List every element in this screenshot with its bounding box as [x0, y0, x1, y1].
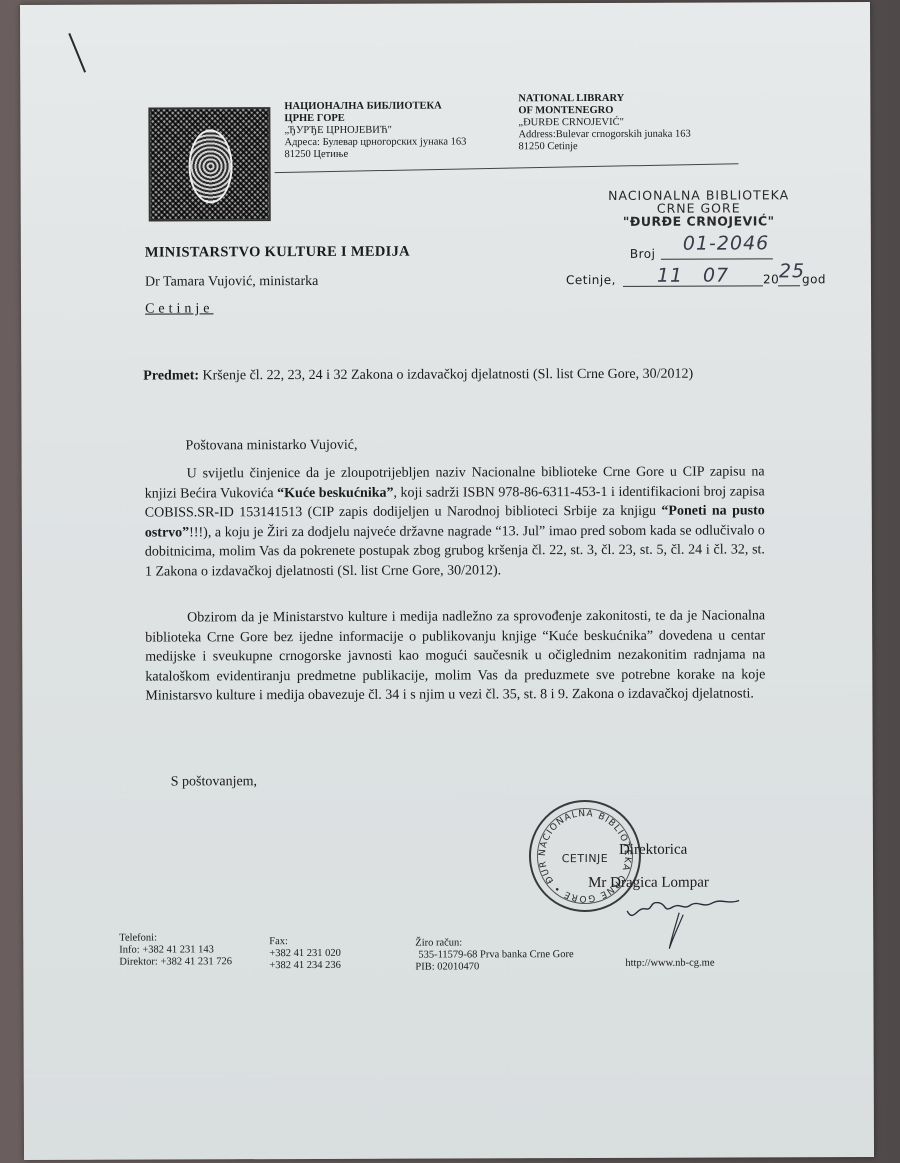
signatory-title: Direktorica	[619, 842, 687, 859]
body-paragraph-2: Obzirom da je Ministarstvo kulture i med…	[145, 606, 765, 706]
addressee-person: Dr Tamara Vujović, ministarka	[145, 274, 410, 291]
registry-line3: "ĐURĐE CRNOJEVIĆ"	[559, 214, 839, 228]
registry-broj-line	[661, 258, 773, 259]
library-emblem-icon	[148, 107, 270, 221]
footer-fax-1: +382 41 231 020	[269, 948, 341, 960]
p1-text-c: !!!), a koju je Žiri za dodjelu najveće …	[145, 523, 765, 579]
letterhead-cyr-city: 81250 Цетиње	[285, 148, 467, 161]
footer-phones-label: Telefoni:	[119, 932, 232, 944]
letterhead-cyrillic: НАЦИОНАЛНА БИБЛИОТЕКА ЦРНЕ ГОРЕ „ЂУРЂЕ Ц…	[284, 100, 466, 161]
letterhead-lat-city: 81250 Cetinje	[518, 141, 690, 154]
letterhead-lat-address: Address:Bulevar crnogorskih junaka 163	[518, 129, 690, 142]
registry-year-line	[778, 285, 800, 286]
registry-broj-value: 01-2046	[683, 232, 769, 254]
footer-fax: Fax: +382 41 231 020 +382 41 234 236	[269, 936, 341, 972]
letterhead-cyr-line2: ЦРНЕ ГОРЕ	[284, 112, 466, 125]
letterhead-lat-line3: „ĐURĐE CRNOJEVIĆ"	[518, 117, 690, 130]
body-paragraph-1: U svijetlu činjenice da je zloupotrijebl…	[145, 462, 765, 582]
registry-day: 11	[657, 265, 683, 287]
registry-stamp: NACIONALNA BIBLIOTEKA CRNE GORE "ĐURĐE C…	[559, 188, 839, 228]
registry-date-line	[623, 285, 763, 286]
letterhead-rule	[275, 163, 739, 173]
footer-website: http://www.nb-cg.me	[625, 958, 714, 970]
closing: S poštovanjem,	[171, 774, 257, 790]
letterhead-lat-line2: OF MONTENEGRO	[518, 105, 690, 118]
registry-place-label: Cetinje,	[566, 273, 616, 287]
registry-month: 07	[703, 265, 729, 287]
footer-phones: Telefoni: Info: +382 41 231 143 Direktor…	[119, 932, 232, 968]
footer-account-number: 535-11579-68 Prva banka Crne Gore	[415, 949, 573, 962]
subject-label: Predmet:	[143, 368, 199, 383]
addressee-city: Cetinje	[145, 301, 410, 318]
footer-fax-label: Fax:	[269, 936, 341, 948]
p1-book-title-1: “Kuće beskućnika”	[277, 485, 393, 500]
footer-account-label: Žiro račun:	[415, 937, 573, 950]
letterhead-latin: NATIONAL LIBRARY OF MONTENEGRO „ĐURĐE CR…	[518, 93, 691, 154]
letterhead-cyr-address: Адреса: Булевар црногорских јунака 163	[284, 136, 466, 149]
registry-year-prefix: 20	[763, 272, 779, 286]
letterhead-cyr-line3: „ЂУРЂЕ ЦРНОЈЕВИЋ"	[284, 124, 466, 137]
letterhead-lat-line1: NATIONAL LIBRARY	[518, 93, 690, 106]
letter-page: НАЦИОНАЛНА БИБЛИОТЕКА ЦРНЕ ГОРЕ „ЂУРЂЕ Ц…	[20, 2, 874, 1160]
pen-mark	[68, 33, 86, 73]
footer-phone-info: Info: +382 41 231 143	[119, 944, 232, 956]
handwritten-signature-icon	[623, 892, 743, 952]
footer-phone-director: Direktor: +382 41 231 726	[119, 956, 232, 968]
subject-line: Predmet: Kršenje čl. 22, 23, 24 i 32 Zak…	[143, 363, 763, 387]
greeting: Poštovana ministarko Vujović,	[186, 438, 358, 455]
letterhead-cyr-line1: НАЦИОНАЛНА БИБЛИОТЕКА	[284, 100, 466, 113]
footer-fax-2: +382 41 234 236	[269, 960, 341, 972]
signatory-name: Mr Dragica Lompar	[588, 875, 709, 892]
footer-pib: PIB: 02010470	[415, 961, 573, 974]
addressee-block: MINISTARSTVO KULTURE I MEDIJA Dr Tamara …	[145, 244, 410, 318]
registry-god-label: god	[802, 272, 826, 286]
addressee-organization: MINISTARSTVO KULTURE I MEDIJA	[145, 244, 410, 262]
subject-text: Kršenje čl. 22, 23, 24 i 32 Zakona o izd…	[202, 367, 693, 384]
footer-account: Žiro račun: 535-11579-68 Prva banka Crne…	[415, 937, 573, 974]
registry-broj-label: Broj	[630, 247, 656, 261]
